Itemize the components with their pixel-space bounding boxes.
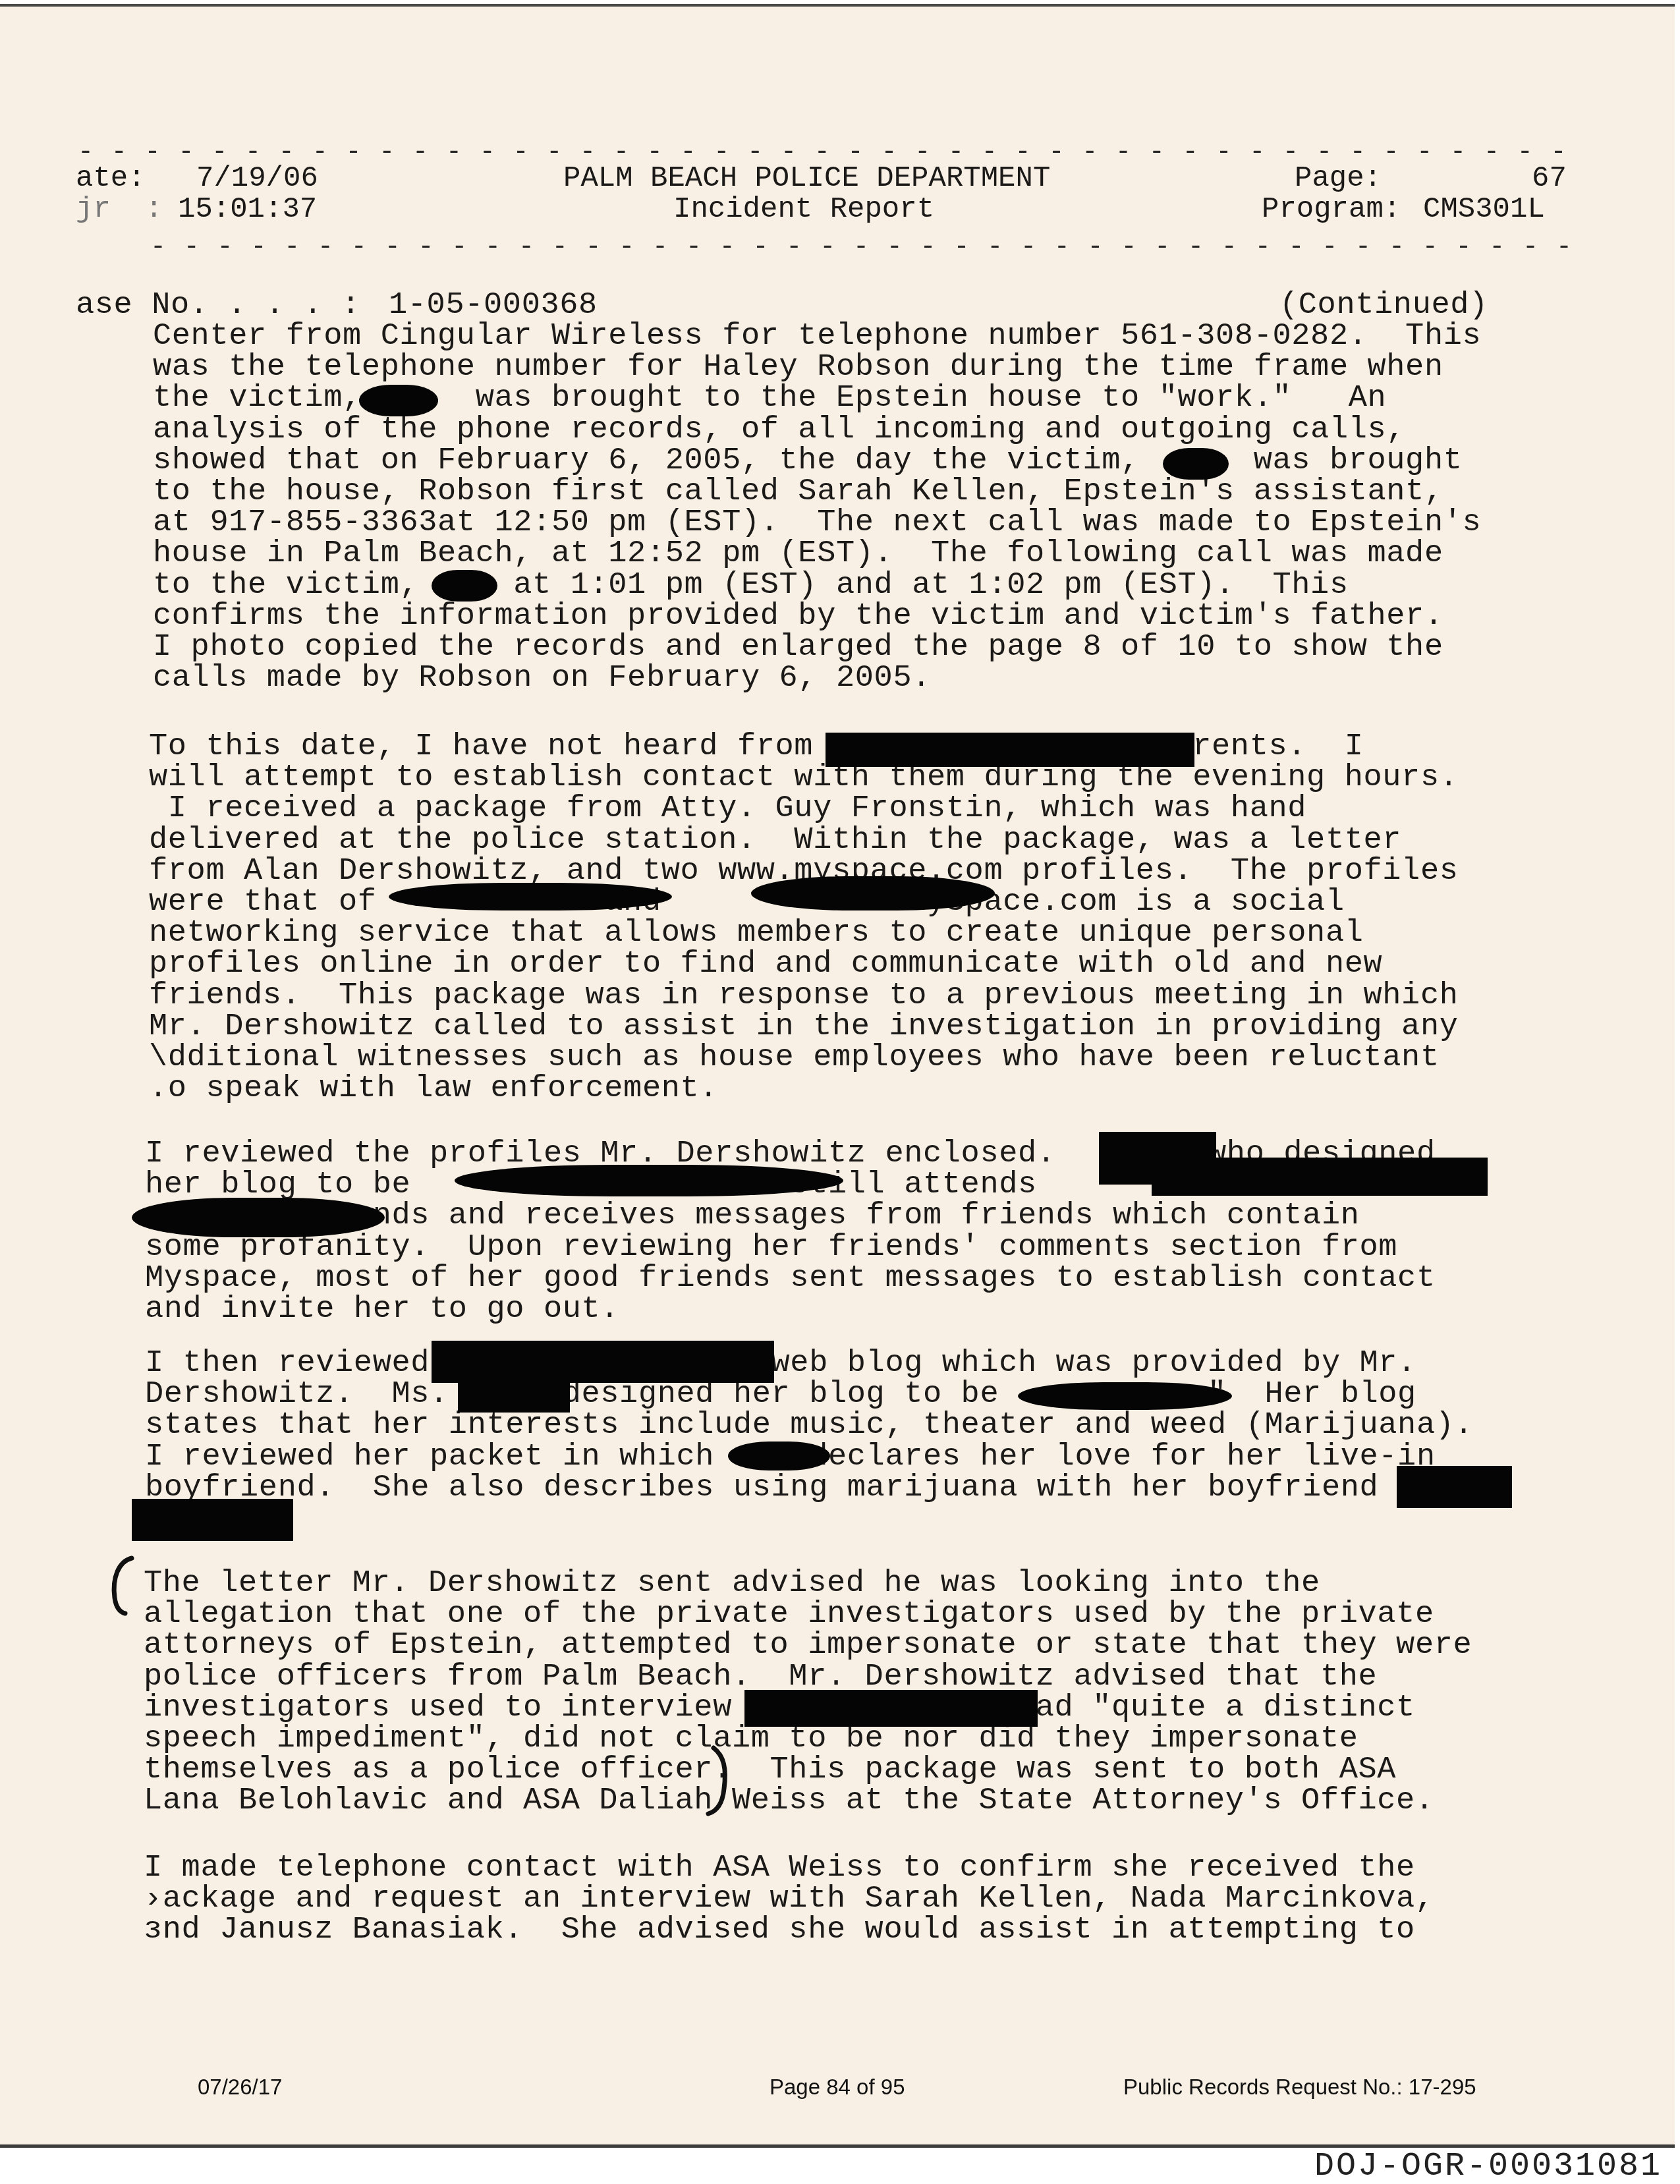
body-line: I made telephone contact with ASA Weiss … — [144, 1853, 1415, 1884]
body-line: Mr. Dershowitz called to assist in the i… — [149, 1011, 1459, 1042]
body-line: police officers from Palm Beach. Mr. Der… — [144, 1662, 1377, 1693]
redaction — [132, 1198, 385, 1237]
redaction — [1152, 1158, 1488, 1196]
body-line: The letter Mr. Dershowitz sent advised h… — [144, 1568, 1320, 1599]
header-rule-bottom: - - - - - - - - - - - - - - - - - - - - … — [150, 235, 1572, 261]
body-line: .o speak with law enforcement. — [149, 1073, 718, 1104]
body-line: states that her interests include music,… — [145, 1410, 1473, 1441]
redaction — [744, 1690, 1038, 1727]
redaction — [359, 385, 438, 416]
body-line: speech impediment", did not claim to be … — [144, 1723, 1358, 1754]
body-line: I received a package from Atty. Guy Fron… — [149, 793, 1306, 824]
redaction — [826, 733, 1194, 767]
redaction — [389, 883, 672, 910]
body-line: I photo copied the records and enlarged … — [153, 632, 1443, 663]
header-program-value: CMS301L — [1423, 194, 1545, 225]
header-department: PALM BEACH POLICE DEPARTMENT — [563, 163, 1050, 194]
body-line: networking service that allows members t… — [149, 918, 1364, 949]
body-line: analysis of the phone records, of all in… — [153, 414, 1405, 445]
body-line: themselves as a police officer. This pac… — [144, 1754, 1396, 1785]
body-line: Myspace, most of her good friends sent m… — [145, 1263, 1436, 1294]
body-line: delivered at the police station. Within … — [149, 825, 1401, 856]
body-line: Lana Belohlavic and ASA Daliah Weiss at … — [144, 1785, 1434, 1816]
body-line: friends. This package was in response to… — [149, 980, 1459, 1011]
body-line: will attempt to establish contact with t… — [149, 762, 1459, 793]
redaction — [458, 1382, 570, 1413]
body-line: зnd Janusz Banasiak. She advised she wou… — [144, 1915, 1415, 1946]
body-line: attorneys of Epstein, attempted to imper… — [144, 1630, 1472, 1661]
redaction — [432, 1341, 774, 1383]
body-line: the victim, was brought to the Epstein h… — [153, 383, 1386, 414]
case-continued: (Continued) — [1279, 290, 1488, 321]
header-time-label: jr : — [76, 194, 163, 225]
redaction — [1397, 1466, 1512, 1508]
redaction — [1163, 448, 1229, 480]
redaction — [432, 570, 497, 602]
body-line: \dditional witnesses such as house emplo… — [149, 1042, 1440, 1073]
body-line: and invite her to go out. — [145, 1294, 619, 1325]
body-line: Center from Cingular Wireless for teleph… — [153, 321, 1481, 352]
body-line: to the victim, at 1:01 pm (EST) and at 1… — [153, 570, 1349, 601]
redaction — [455, 1165, 843, 1196]
body-line: at 917-855-3363at 12:50 pm (EST). The ne… — [153, 507, 1481, 538]
footer-page-of: Page 84 of 95 — [770, 2075, 905, 2099]
body-line: confirms the information provided by the… — [153, 601, 1443, 632]
header-time-value: 15:01:37 — [178, 194, 317, 225]
header-page-label: Page: — [1295, 163, 1382, 194]
header-date-label: ate: — [76, 163, 146, 194]
footer-print-date: 07/26/17 — [198, 2075, 282, 2099]
body-line: some profanity. Upon reviewing her frien… — [145, 1232, 1397, 1263]
body-line: showed that on February 6, 2005, the day… — [153, 445, 1463, 476]
header-date-value: 7/19/06 — [196, 163, 318, 194]
footer-records-request: Public Records Request No.: 17-295 — [1123, 2075, 1476, 2099]
body-line: to the house, Robson first called Sarah … — [153, 476, 1443, 507]
body-line: calls made by Robson on February 6, 2005… — [153, 663, 931, 694]
handwritten-bracket-open-icon — [105, 1552, 145, 1624]
body-line: were that of and MySpace.com is a social — [149, 887, 1345, 918]
body-line: I then reviewed web blog which was provi… — [145, 1348, 1416, 1379]
bates-number: DOJ-OGR-00031081 — [1314, 2149, 1662, 2184]
body-line: boyfriend. She also describes using mari… — [145, 1472, 1378, 1503]
header-page-value: 67 — [1532, 163, 1567, 194]
case-number-label: ase No. . . . : — [76, 290, 379, 321]
body-line: ›ackage and request an interview with Sa… — [144, 1884, 1434, 1915]
body-line: allegation that one of the private inves… — [144, 1599, 1434, 1630]
redaction — [728, 1442, 830, 1470]
case-number: 1-05-000368 — [389, 290, 598, 321]
redaction — [1018, 1382, 1232, 1410]
redaction — [751, 876, 995, 910]
redaction — [132, 1499, 293, 1541]
header-report-type: Incident Report — [673, 194, 934, 225]
body-line: profiles online in order to find and com… — [149, 949, 1382, 980]
handwritten-bracket-close-icon — [702, 1743, 748, 1822]
body-line: house in Palm Beach, at 12:52 pm (EST). … — [153, 538, 1443, 569]
body-line: was the telephone number for Haley Robso… — [153, 352, 1443, 383]
header-program-label: Program: — [1262, 194, 1401, 225]
